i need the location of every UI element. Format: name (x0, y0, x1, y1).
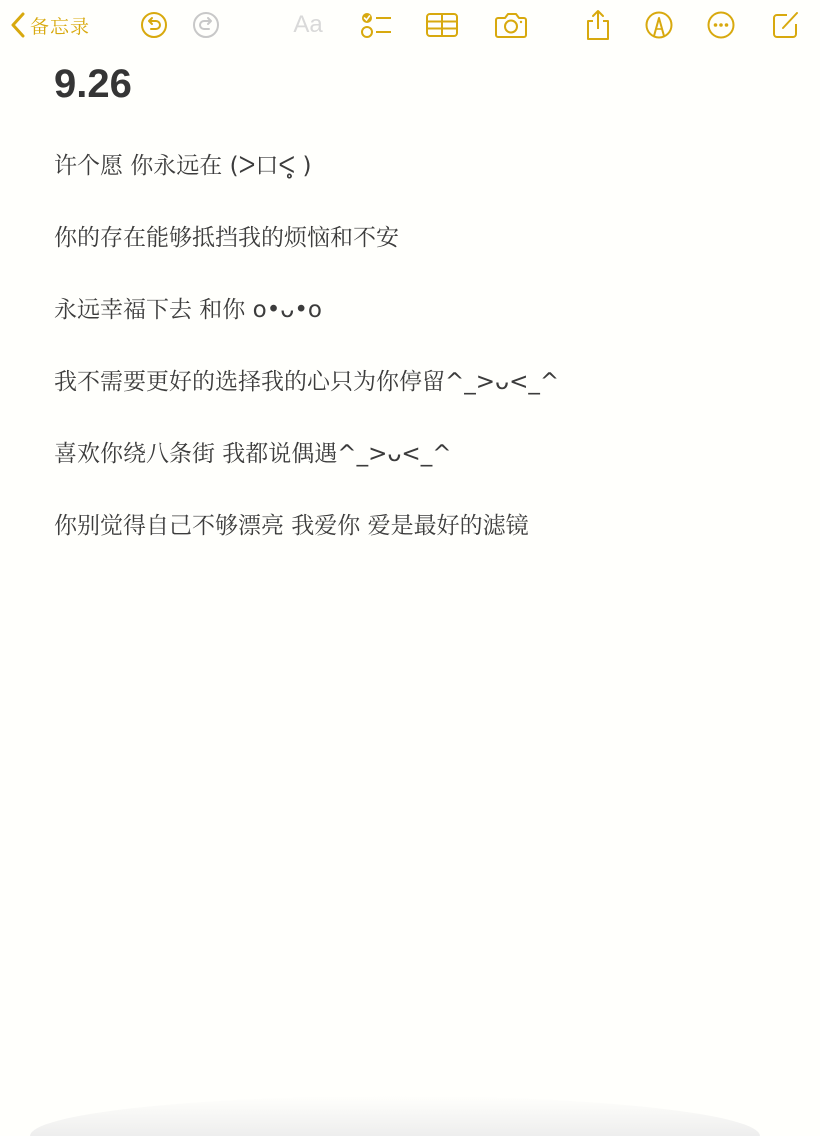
markup-icon (644, 10, 674, 40)
note-line[interactable]: 我不需要更好的选择我的心只为你停留^_>ᴗ<_^ (54, 346, 774, 418)
checklist-button[interactable] (358, 8, 394, 42)
note-body[interactable]: 9.26 许个愿 你永远在 (ᐳ口ᐸ̥̥̥ ) 你的存在能够抵挡我的烦恼和不安 … (54, 58, 774, 562)
notes-toolbar: 备忘录 Aa (0, 0, 820, 50)
note-line[interactable]: 你的存在能够抵挡我的烦恼和不安 (54, 202, 774, 274)
undo-icon (140, 11, 168, 39)
compose-button[interactable] (768, 8, 802, 42)
text-format-icon: Aa (293, 11, 322, 39)
redo-button[interactable] (189, 8, 223, 42)
back-label: 备忘录 (30, 12, 90, 39)
share-icon (584, 8, 612, 42)
table-icon (425, 12, 459, 38)
share-button[interactable] (581, 8, 615, 42)
undo-button[interactable] (137, 8, 171, 42)
note-line[interactable]: 你别觉得自己不够漂亮 我爱你 爱是最好的滤镜 (54, 490, 774, 562)
more-icon (706, 10, 736, 40)
chevron-left-icon (10, 12, 26, 38)
camera-icon (494, 11, 528, 39)
note-line[interactable]: 永远幸福下去 和你 o•ᴗ•o (54, 274, 774, 346)
bottom-shadow (30, 1096, 760, 1136)
camera-button[interactable] (493, 8, 529, 42)
redo-icon (192, 11, 220, 39)
note-line[interactable]: 许个愿 你永远在 (ᐳ口ᐸ̥̥̥ ) (54, 130, 774, 202)
compose-icon (770, 10, 800, 40)
note-line[interactable]: 喜欢你绕八条街 我都说偶遇^_>ᴗ<_^ (54, 418, 774, 490)
markup-button[interactable] (642, 8, 676, 42)
table-button[interactable] (424, 8, 460, 42)
more-button[interactable] (704, 8, 738, 42)
note-content[interactable]: 许个愿 你永远在 (ᐳ口ᐸ̥̥̥ ) 你的存在能够抵挡我的烦恼和不安 永远幸福下… (54, 130, 774, 562)
back-to-notes-button[interactable]: 备忘录 (10, 8, 110, 42)
checklist-icon (359, 10, 393, 40)
text-format-button[interactable]: Aa (288, 8, 328, 42)
note-title[interactable]: 9.26 (54, 58, 774, 110)
